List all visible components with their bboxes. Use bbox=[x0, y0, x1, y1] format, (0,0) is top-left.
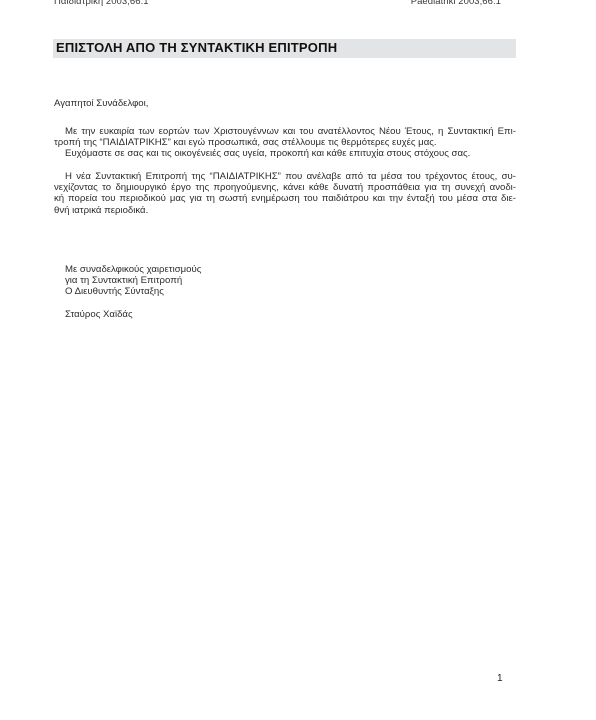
page-title: ΕΠΙΣΤΟΛΗ ΑΠΟ ΤΗ ΣΥΝΤΑΚΤΙΚΗ ΕΠΙΤΡΟΠΗ bbox=[56, 40, 337, 55]
running-head-right: Paediatriki 2003;66:1 bbox=[411, 0, 501, 7]
paragraph-editorial-committee: Η νέα Συντακτική Επιτροπή της “ΠΑΙΔΙΑΤΡΙ… bbox=[54, 171, 516, 216]
paragraph-line: τροπή της “ΠΑΙΔΙΑΤΡΙΚΗΣ” και εγώ προσωπι… bbox=[54, 137, 516, 148]
paragraph-line: κή πορεία του περιοδικού μας για τη σωστ… bbox=[54, 193, 516, 204]
paragraph-line: Η νέα Συντακτική Επιτροπή της “ΠΑΙΔΙΑΤΡΙ… bbox=[54, 171, 516, 182]
signature-name: Σταύρος Χαϊδάς bbox=[65, 309, 133, 320]
paragraph-line: Με την ευκαιρία των εορτών των Χριστουγέ… bbox=[54, 126, 516, 137]
title-banner: ΕΠΙΣΤΟΛΗ ΑΠΟ ΤΗ ΣΥΝΤΑΚΤΙΚΗ ΕΠΙΤΡΟΠΗ bbox=[53, 39, 516, 58]
closing-line: Με συναδελφικούς χαιρετισμούς bbox=[65, 264, 201, 275]
salutation-text: Αγαπητοί Συνάδελφοι, bbox=[54, 98, 516, 109]
closing-line: για τη Συντακτική Επιτροπή bbox=[65, 275, 201, 286]
salutation: Αγαπητοί Συνάδελφοι, bbox=[54, 98, 516, 109]
paragraph-line: Ευχόμαστε σε σας και τις οικογένειές σας… bbox=[54, 148, 516, 159]
paragraph-greetings: Με την ευκαιρία των εορτών των Χριστουγέ… bbox=[54, 126, 516, 160]
closing-line: Ο Διευθυντής Σύνταξης bbox=[65, 286, 201, 297]
page-number: 1 bbox=[497, 673, 503, 684]
closing-block: Με συναδελφικούς χαιρετισμούς για τη Συν… bbox=[65, 264, 201, 298]
running-head-left: Παιδιατρική 2003;66:1 bbox=[54, 0, 149, 7]
paragraph-line: νεχίζοντας το δημιουργικό έργο της προηγ… bbox=[54, 182, 516, 193]
paragraph-line: θνή ιατρικά περιοδικά. bbox=[54, 205, 516, 216]
